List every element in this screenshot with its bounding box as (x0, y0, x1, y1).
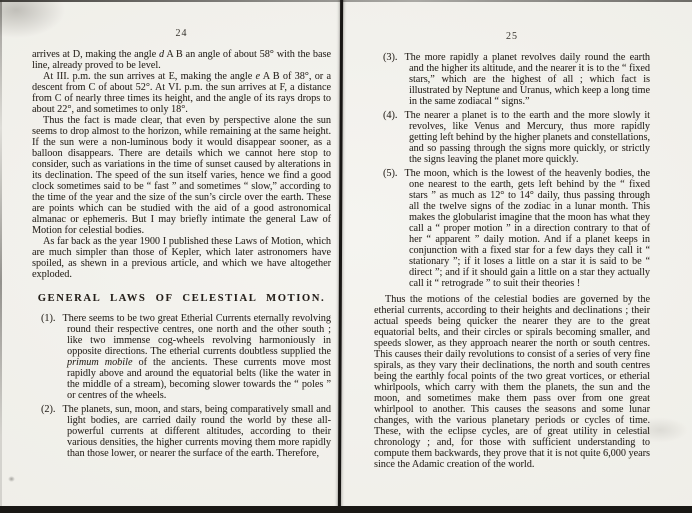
ink-smudge (8, 476, 15, 482)
book-scan: { "left_page": { "page_number": "24", "p… (0, 0, 692, 513)
item-number: (3). (383, 52, 397, 63)
law-item-3: (3).The more rapidly a planet revolves d… (379, 52, 650, 107)
paragraph: Thus the fact is made clear, that even b… (32, 115, 331, 236)
page-number-left: 24 (32, 28, 331, 40)
law-item-5: (5).The moon, which is the lowest of the… (379, 168, 650, 289)
item-body: The planets, sun, moon, and stars, being… (62, 404, 331, 459)
item-body: The nearer a planet is to the earth and … (404, 110, 650, 165)
paragraph: As far back as the year 1900 I published… (32, 236, 331, 280)
item-body: There seems to be two great Etherial Cur… (62, 313, 331, 401)
paragraph-continued: arrives at D, making the angle d A B an … (32, 49, 331, 71)
item-body: The more rapidly a planet revolves daily… (404, 52, 650, 107)
item-number: (2). (41, 404, 55, 415)
law-item-4: (4).The nearer a planet is to the earth … (379, 110, 650, 165)
paragraph: At III. p.m. the sun arrives at E, makin… (32, 71, 331, 115)
scan-bottom-edge (0, 506, 692, 513)
item-body: The moon, which is the lowest of the hea… (404, 168, 650, 289)
scan-top-edge (0, 0, 692, 2)
page-gutter-fold (338, 0, 343, 513)
page-25: 25 (3).The more rapidly a planet revolve… (374, 31, 650, 470)
paragraph: Thus the motions of the celestial bodies… (374, 294, 650, 470)
law-item-1: (1).There seems to be two great Etherial… (37, 313, 331, 401)
scan-left-edge (0, 0, 2, 513)
page-24: 24 arrives at D, making the angle d A B … (32, 28, 331, 461)
item-number: (1). (41, 313, 55, 324)
page-number-right: 25 (374, 31, 650, 43)
law-item-2: (2).The planets, sun, moon, and stars, b… (37, 404, 331, 459)
item-number: (4). (383, 110, 397, 121)
section-heading: GENERAL LAWS OF CELESTIAL MOTION. (32, 293, 331, 304)
item-number: (5). (383, 168, 397, 179)
